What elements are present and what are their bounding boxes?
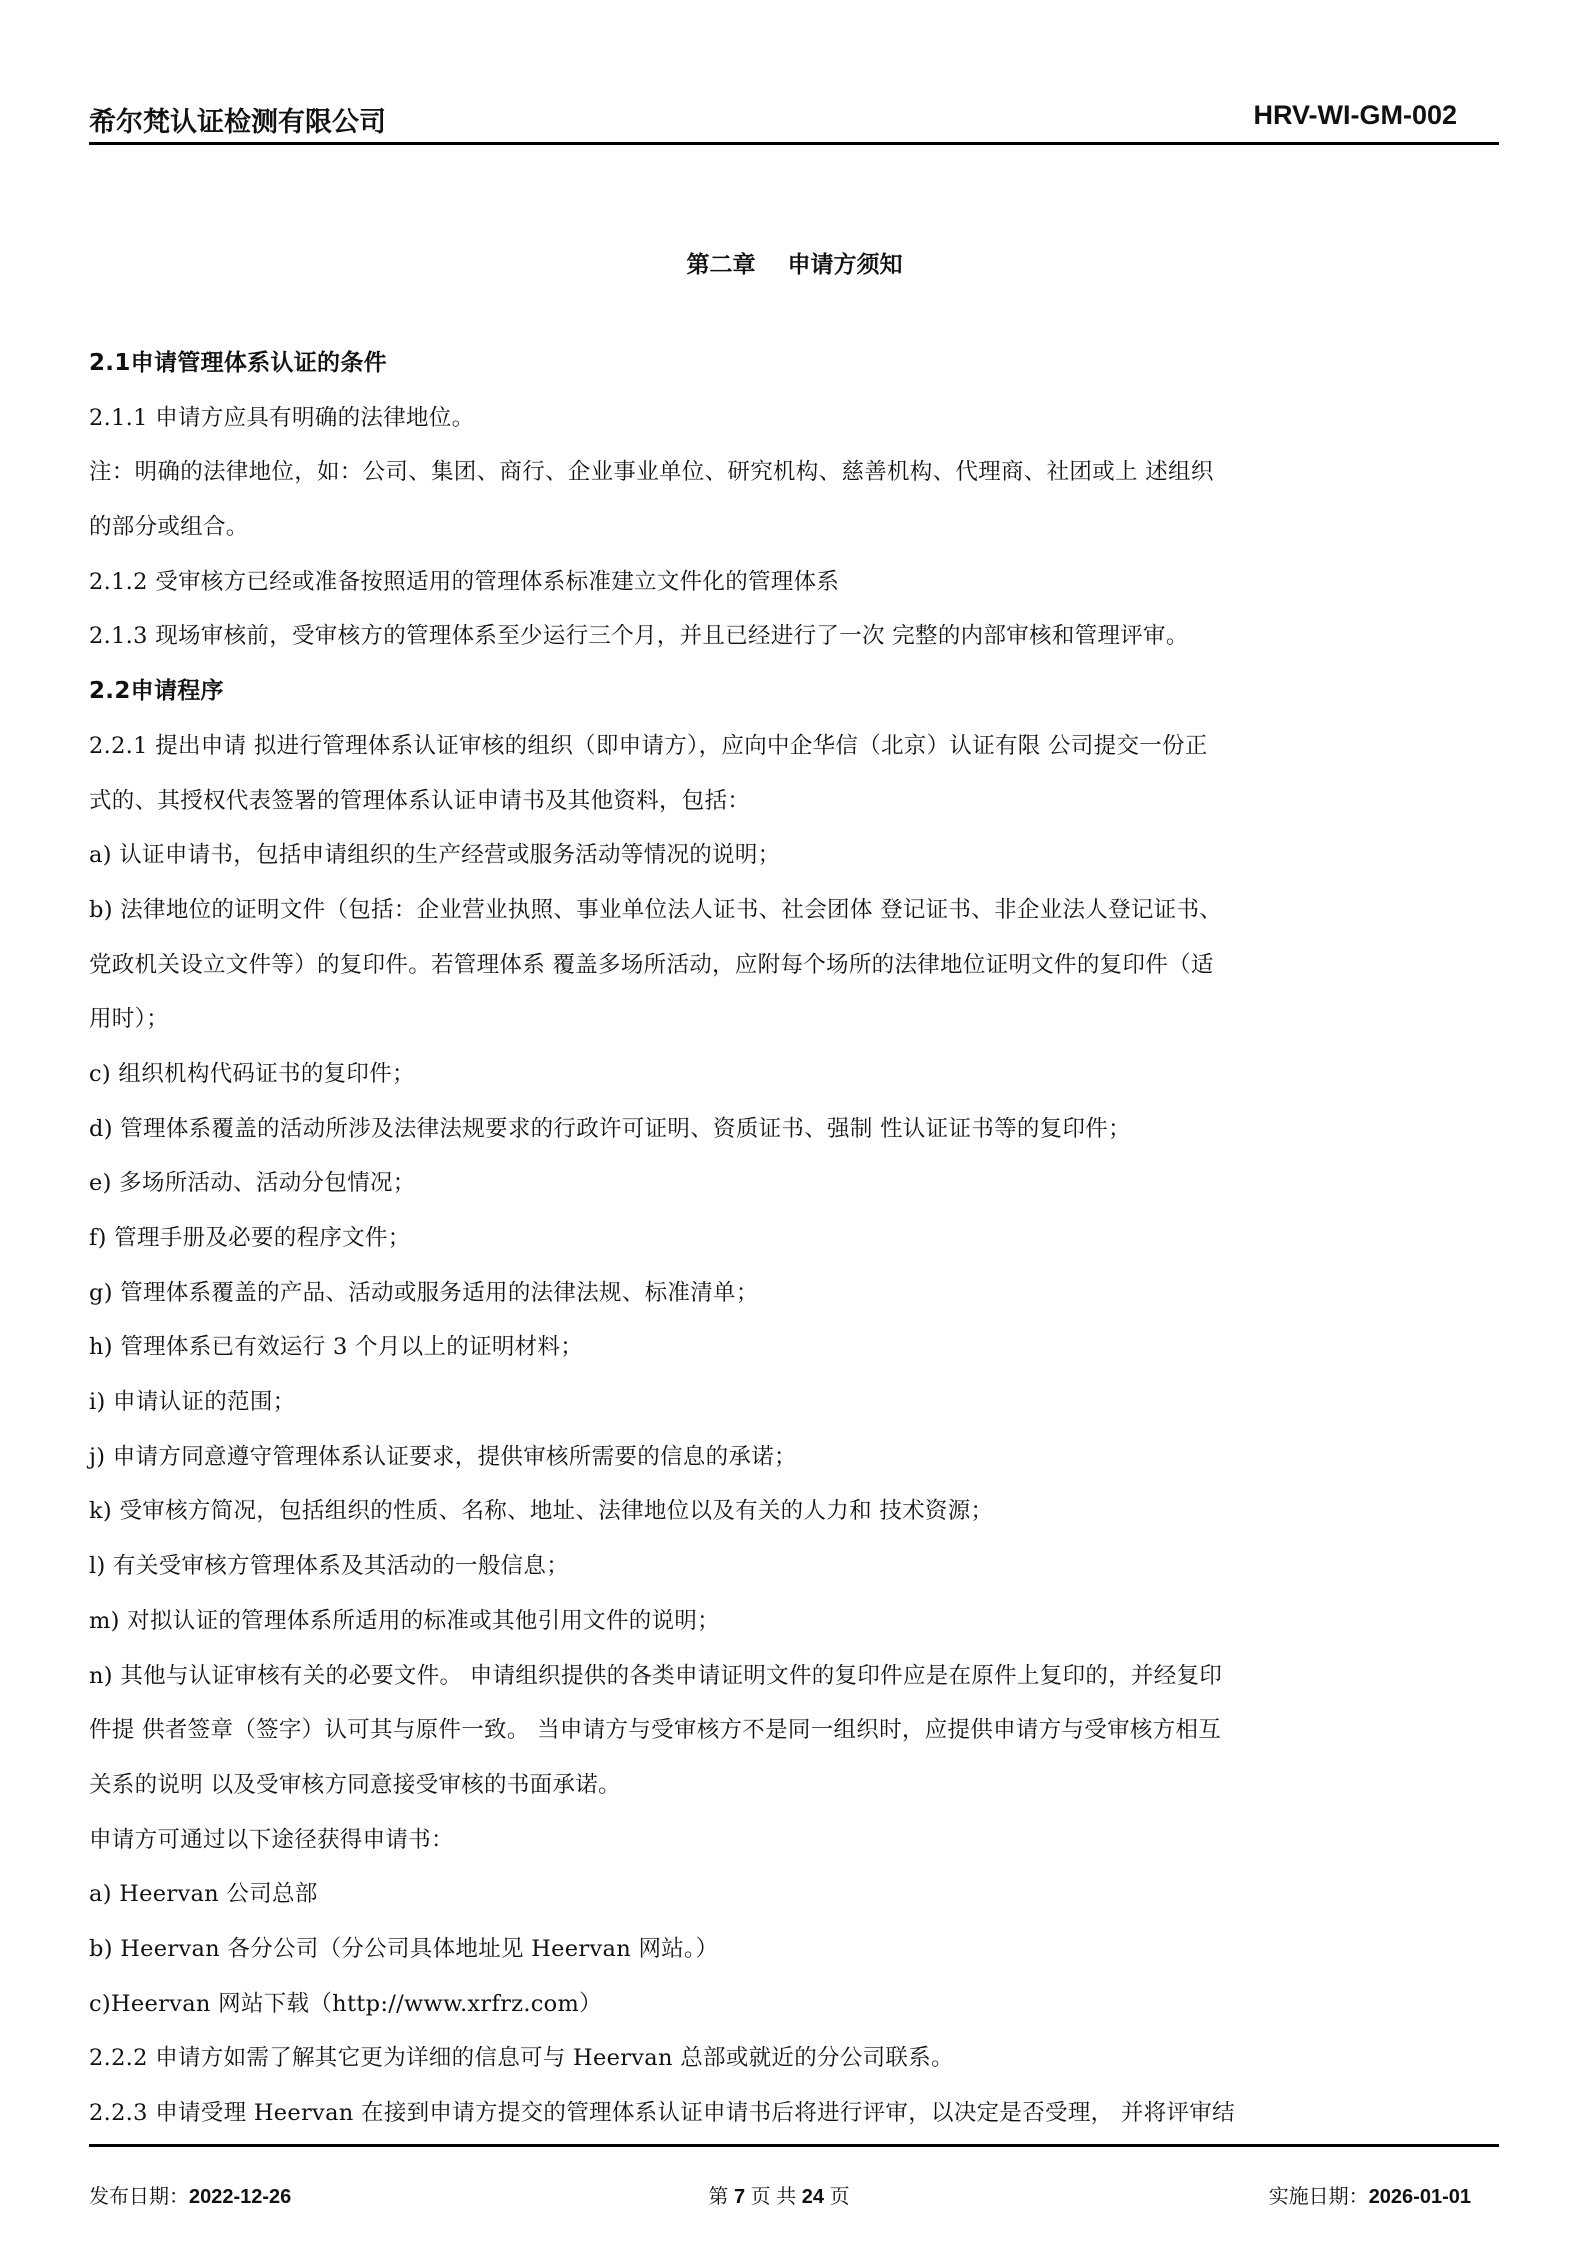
paragraph-line: c) 组织机构代码证书的复印件； [89, 1047, 1499, 1102]
page-suffix: 页 [824, 2186, 850, 2208]
document-code: HRV-WI-GM-002 [1253, 100, 1457, 131]
paragraph-line: d) 管理体系覆盖的活动所涉及法律法规要求的行政许可证明、资质证书、强制 性认证… [89, 1102, 1499, 1157]
paragraph-line: 件提 供者签章（签字）认可其与原件一致。 当申请方与受审核方不是同一组织时，应提… [89, 1703, 1499, 1758]
paragraph-line: e) 多场所活动、活动分包情况； [89, 1156, 1499, 1211]
paragraph-line: k) 受审核方简况，包括组织的性质、名称、地址、法律地位以及有关的人力和 技术资… [89, 1484, 1499, 1539]
paragraph-line: 用时）； [89, 992, 1499, 1047]
effective-date: 实施日期：2026-01-01 [1269, 2180, 1471, 2209]
effective-date-label: 实施日期： [1269, 2186, 1369, 2208]
page-current: 7 [734, 2186, 745, 2208]
paragraph-line: n) 其他与认证审核有关的必要文件。 申请组织提供的各类申请证明文件的复印件应是… [89, 1649, 1499, 1704]
paragraph-line: g) 管理体系覆盖的产品、活动或服务适用的法律法规、标准清单； [89, 1266, 1499, 1321]
company-name: 希尔梵认证检测有限公司 [89, 100, 386, 139]
paragraph-line: 的部分或组合。 [89, 500, 1499, 555]
paragraph-line: j) 申请方同意遵守管理体系认证要求，提供审核所需要的信息的承诺； [89, 1430, 1499, 1485]
page-prefix: 第 [708, 2186, 734, 2208]
paragraph-line: 2.1.1 申请方应具有明确的法律地位。 [89, 391, 1499, 446]
page-header: 希尔梵认证检测有限公司 HRV-WI-GM-002 [89, 96, 1499, 145]
paragraph-line: 式的、其授权代表签署的管理体系认证申请书及其他资料，包括： [89, 774, 1499, 829]
paragraph-line: a) 认证申请书，包括申请组织的生产经营或服务活动等情况的说明； [89, 828, 1499, 883]
paragraph-line: i) 申请认证的范围； [89, 1375, 1499, 1430]
paragraph-line: 2.1.2 受审核方已经或准备按照适用的管理体系标准建立文件化的管理体系 [89, 555, 1499, 610]
paragraph-line: 注：明确的法律地位，如：公司、集团、商行、企业事业单位、研究机构、慈善机构、代理… [89, 445, 1499, 500]
paragraph-line: 申请方可通过以下途径获得申请书： [89, 1813, 1499, 1868]
paragraph-line: 2.2.2 申请方如需了解其它更为详细的信息可与 Heervan 总部或就近的分… [89, 2031, 1499, 2086]
section-heading: 2.1申请管理体系认证的条件 [89, 336, 1499, 391]
paragraph-line: c)Heervan 网站下载（http://www.xrfrz.com） [89, 1977, 1499, 2032]
paragraph-line: b) 法律地位的证明文件（包括：企业营业执照、事业单位法人证书、社会团体 登记证… [89, 883, 1499, 938]
section-heading: 2.2申请程序 [89, 664, 1499, 719]
page-middle: 页 共 [745, 2186, 802, 2208]
effective-date-value: 2026-01-01 [1369, 2186, 1471, 2208]
page-total: 24 [802, 2186, 824, 2208]
paragraph-line: 2.1.3 现场审核前，受审核方的管理体系至少运行三个月，并且已经进行了一次 完… [89, 609, 1499, 664]
paragraph-line: b) Heervan 各分公司（分公司具体地址见 Heervan 网站。） [89, 1922, 1499, 1977]
paragraph-line: 关系的说明 以及受审核方同意接受审核的书面承诺。 [89, 1758, 1499, 1813]
paragraph-line: 2.2.1 提出申请 拟进行管理体系认证审核的组织（即申请方），应向中企华信（北… [89, 719, 1499, 774]
page-footer: 发布日期：2022-12-26 第 7 页 共 24 页 实施日期：2026-0… [89, 2180, 1499, 2210]
chapter-title: 第二章 申请方须知 [0, 246, 1589, 279]
paragraph-line: 党政机关设立文件等）的复印件。若管理体系 覆盖多场所活动，应附每个场所的法律地位… [89, 938, 1499, 993]
paragraph-line: m) 对拟认证的管理体系所适用的标准或其他引用文件的说明； [89, 1594, 1499, 1649]
paragraph-line: a) Heervan 公司总部 [89, 1867, 1499, 1922]
paragraph-line: l) 有关受审核方管理体系及其活动的一般信息； [89, 1539, 1499, 1594]
paragraph-line: h) 管理体系已有效运行 3 个月以上的证明材料； [89, 1320, 1499, 1375]
footer-divider [89, 2144, 1499, 2147]
paragraph-line: 2.2.3 申请受理 Heervan 在接到申请方提交的管理体系认证申请书后将进… [89, 2086, 1499, 2141]
document-body: 2.1申请管理体系认证的条件2.1.1 申请方应具有明确的法律地位。注：明确的法… [89, 336, 1499, 2141]
paragraph-line: f) 管理手册及必要的程序文件； [89, 1211, 1499, 1266]
